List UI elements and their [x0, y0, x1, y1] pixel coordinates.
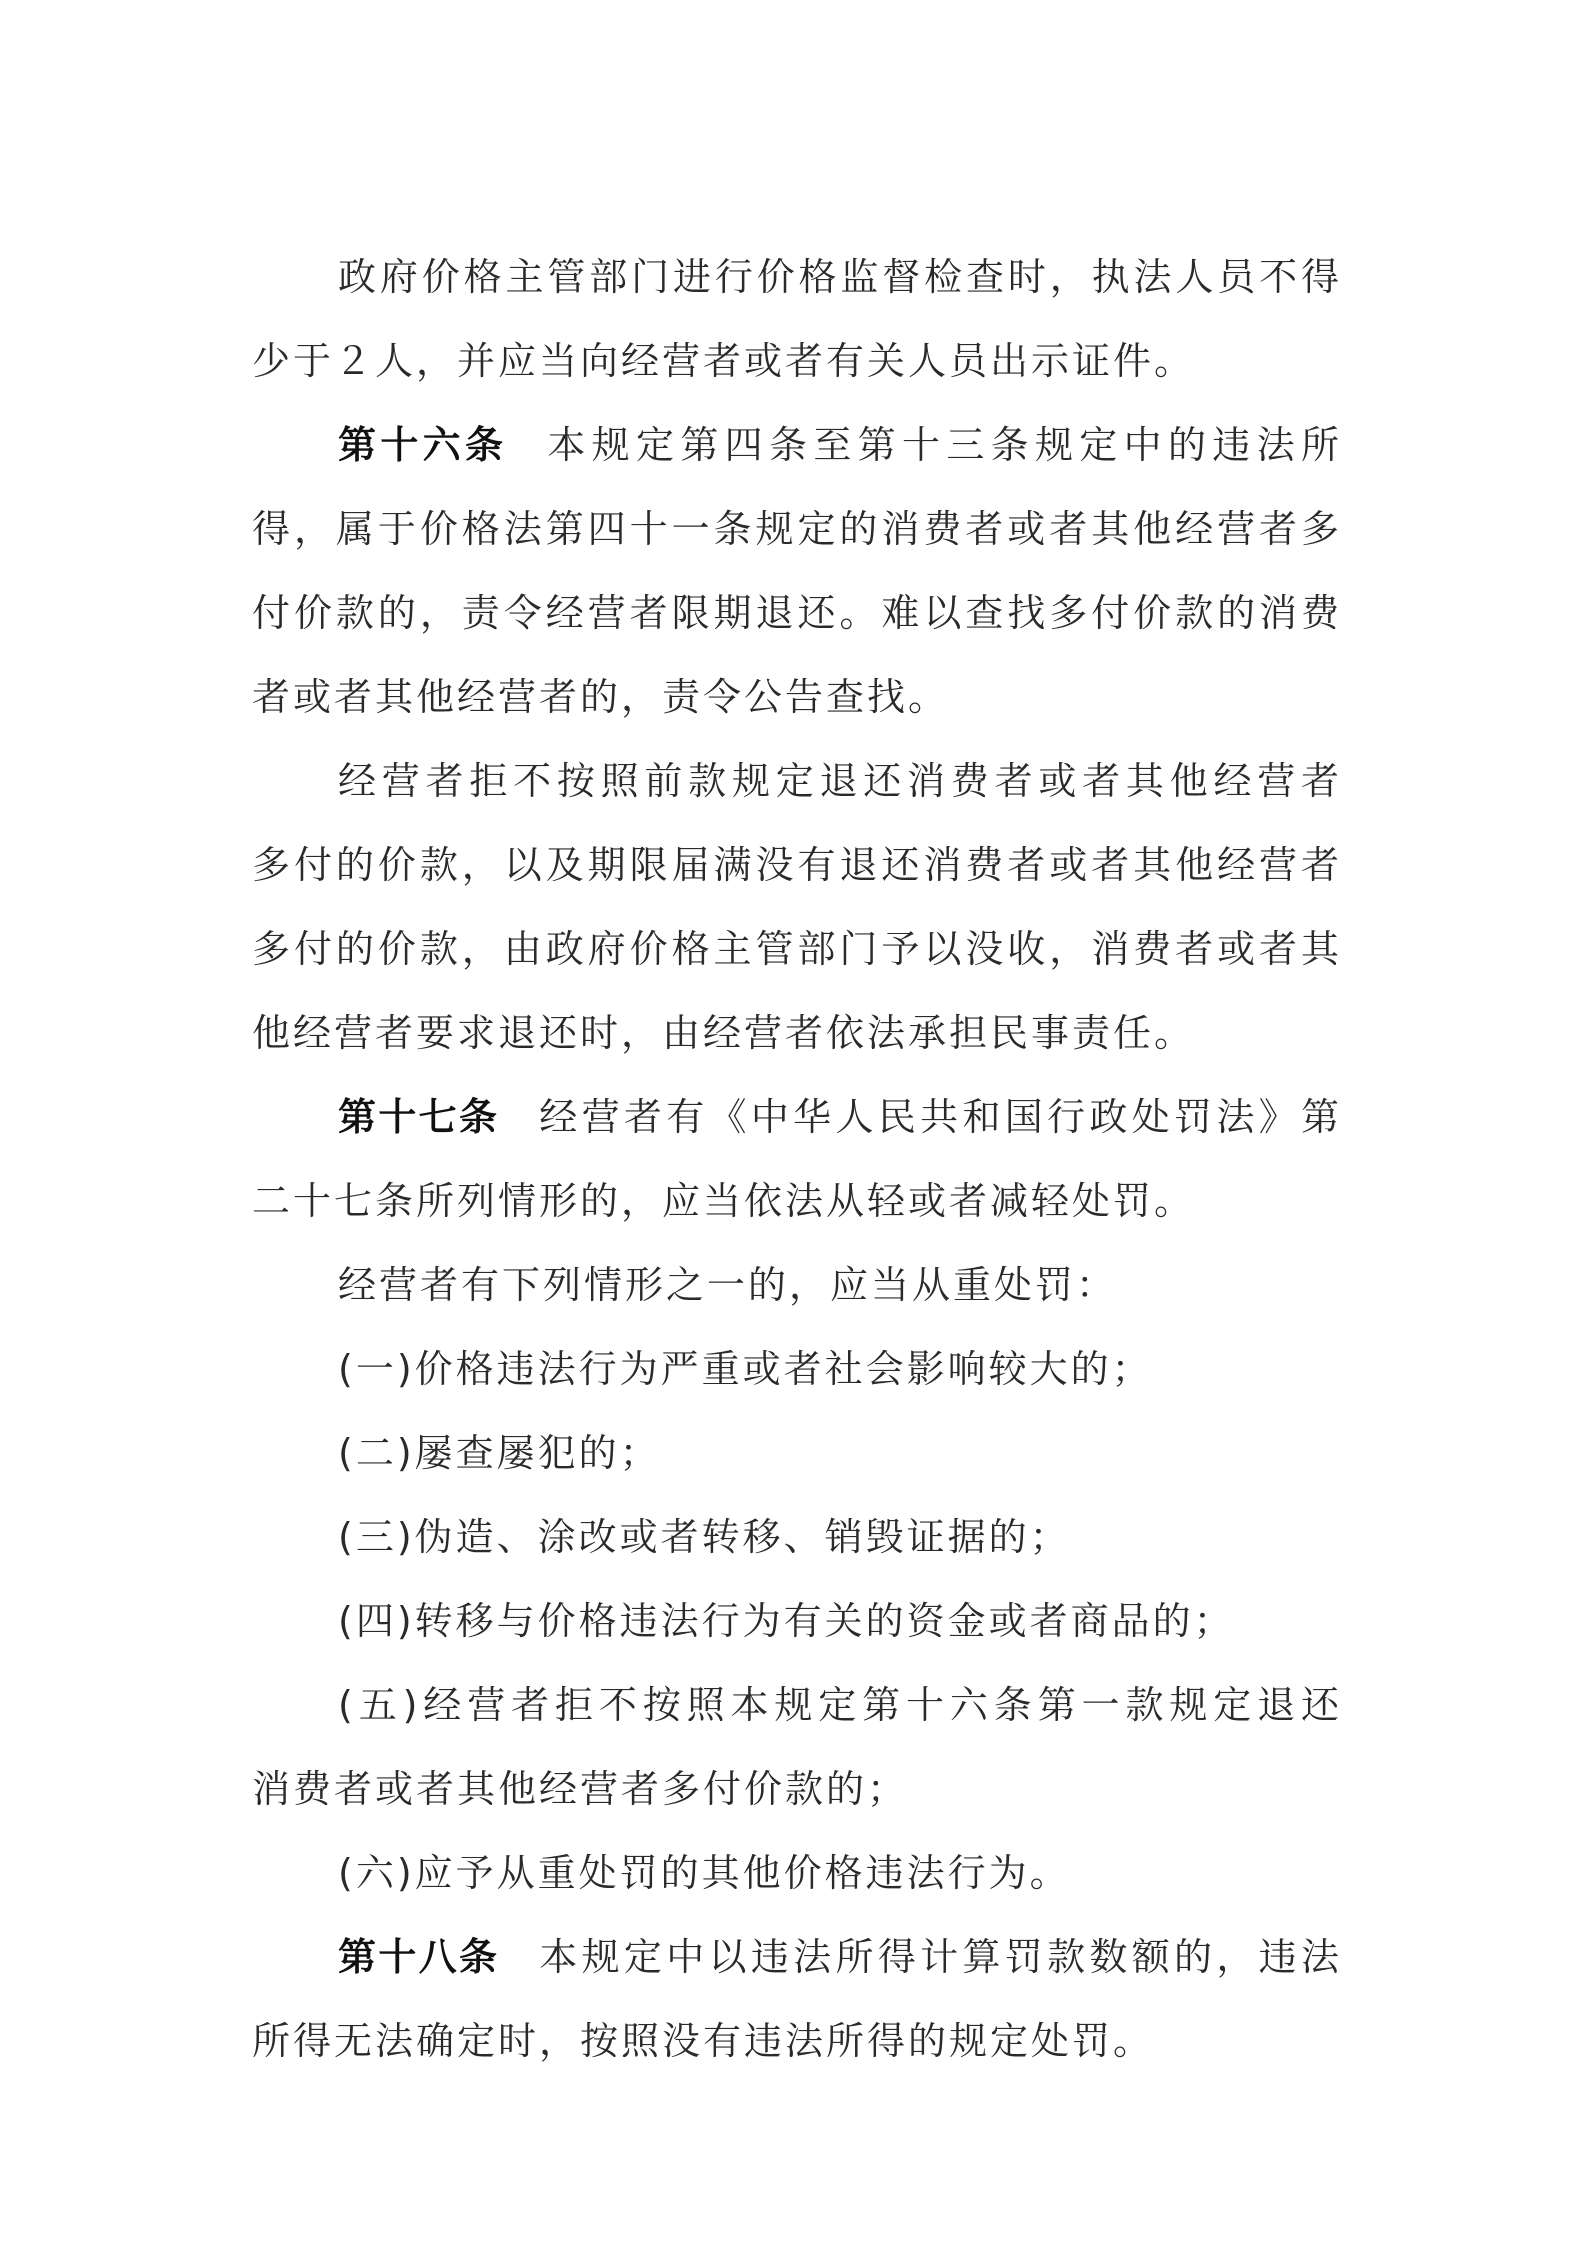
text-line: 消费者或者其他经营者多付价款的；	[252, 1747, 1342, 1831]
text-line: 得，属于价格法第四十一条规定的消费者或者其他经营者多	[252, 487, 1342, 571]
text-line: 他经营者要求退还时，由经营者依法承担民事责任。	[252, 991, 1342, 1075]
article-text: 本规定第四条至第十三条规定中的违法所	[547, 423, 1342, 467]
text-line: 经营者拒不按照前款规定退还消费者或者其他经营者	[252, 739, 1342, 823]
text-line: 所得无法确定时，按照没有违法所得的规定处罚。	[252, 1999, 1342, 2083]
list-item-3: (三)伪造、涂改或者转移、销毁证据的；	[252, 1495, 1342, 1579]
paragraph-inspection-personnel: 政府价格主管部门进行价格监督检查时，执法人员不得 少于２人，并应当向经营者或者有…	[252, 235, 1342, 403]
document-page: 政府价格主管部门进行价格监督检查时，执法人员不得 少于２人，并应当向经营者或者有…	[252, 235, 1342, 2083]
article-heading: 第十七条	[338, 1095, 499, 1139]
paragraph-aggravated-intro: 经营者有下列情形之一的，应当从重处罚：	[252, 1243, 1342, 1327]
text-line: (六)应予从重处罚的其他价格违法行为。	[252, 1831, 1342, 1915]
text-line: (二)屡查屡犯的；	[252, 1411, 1342, 1495]
text-line: 二十七条所列情形的，应当依法从轻或者减轻处罚。	[252, 1159, 1342, 1243]
article-text: 本规定中以违法所得计算罚款数额的，违法	[539, 1935, 1342, 1979]
text-line: 少于２人，并应当向经营者或者有关人员出示证件。	[252, 319, 1342, 403]
article-17: 第十七条经营者有《中华人民共和国行政处罚法》第 二十七条所列情形的，应当依法从轻…	[252, 1075, 1342, 1243]
list-item-4: (四)转移与价格违法行为有关的资金或者商品的；	[252, 1579, 1342, 1663]
text-line: 付价款的，责令经营者限期退还。难以查找多付价款的消费	[252, 571, 1342, 655]
list-item-5: (五)经营者拒不按照本规定第十六条第一款规定退还 消费者或者其他经营者多付价款的…	[252, 1663, 1342, 1831]
list-item-1: (一)价格违法行为严重或者社会影响较大的；	[252, 1327, 1342, 1411]
article-heading: 第十六条	[338, 423, 507, 467]
list-item-2: (二)屡查屡犯的；	[252, 1411, 1342, 1495]
text-line: (三)伪造、涂改或者转移、销毁证据的；	[252, 1495, 1342, 1579]
text-line: (四)转移与价格违法行为有关的资金或者商品的；	[252, 1579, 1342, 1663]
article-18: 第十八条本规定中以违法所得计算罚款数额的，违法 所得无法确定时，按照没有违法所得…	[252, 1915, 1342, 2083]
text-line: 多付的价款，由政府价格主管部门予以没收，消费者或者其	[252, 907, 1342, 991]
text-line: (一)价格违法行为严重或者社会影响较大的；	[252, 1327, 1342, 1411]
text-line: 者或者其他经营者的，责令公告查找。	[252, 655, 1342, 739]
article-text: 经营者有《中华人民共和国行政处罚法》第	[539, 1095, 1342, 1139]
text-line: 经营者有下列情形之一的，应当从重处罚：	[252, 1243, 1342, 1327]
paragraph-refund-refusal: 经营者拒不按照前款规定退还消费者或者其他经营者 多付的价款，以及期限届满没有退还…	[252, 739, 1342, 1075]
text-line: 第十七条经营者有《中华人民共和国行政处罚法》第	[252, 1075, 1342, 1159]
text-line: 第十六条本规定第四条至第十三条规定中的违法所	[252, 403, 1342, 487]
article-heading: 第十八条	[338, 1935, 499, 1979]
list-item-6: (六)应予从重处罚的其他价格违法行为。	[252, 1831, 1342, 1915]
article-16: 第十六条本规定第四条至第十三条规定中的违法所 得，属于价格法第四十一条规定的消费…	[252, 403, 1342, 739]
text-line: 多付的价款，以及期限届满没有退还消费者或者其他经营者	[252, 823, 1342, 907]
text-line: 政府价格主管部门进行价格监督检查时，执法人员不得	[252, 235, 1342, 319]
text-line: (五)经营者拒不按照本规定第十六条第一款规定退还	[252, 1663, 1342, 1747]
text-line: 第十八条本规定中以违法所得计算罚款数额的，违法	[252, 1915, 1342, 1999]
